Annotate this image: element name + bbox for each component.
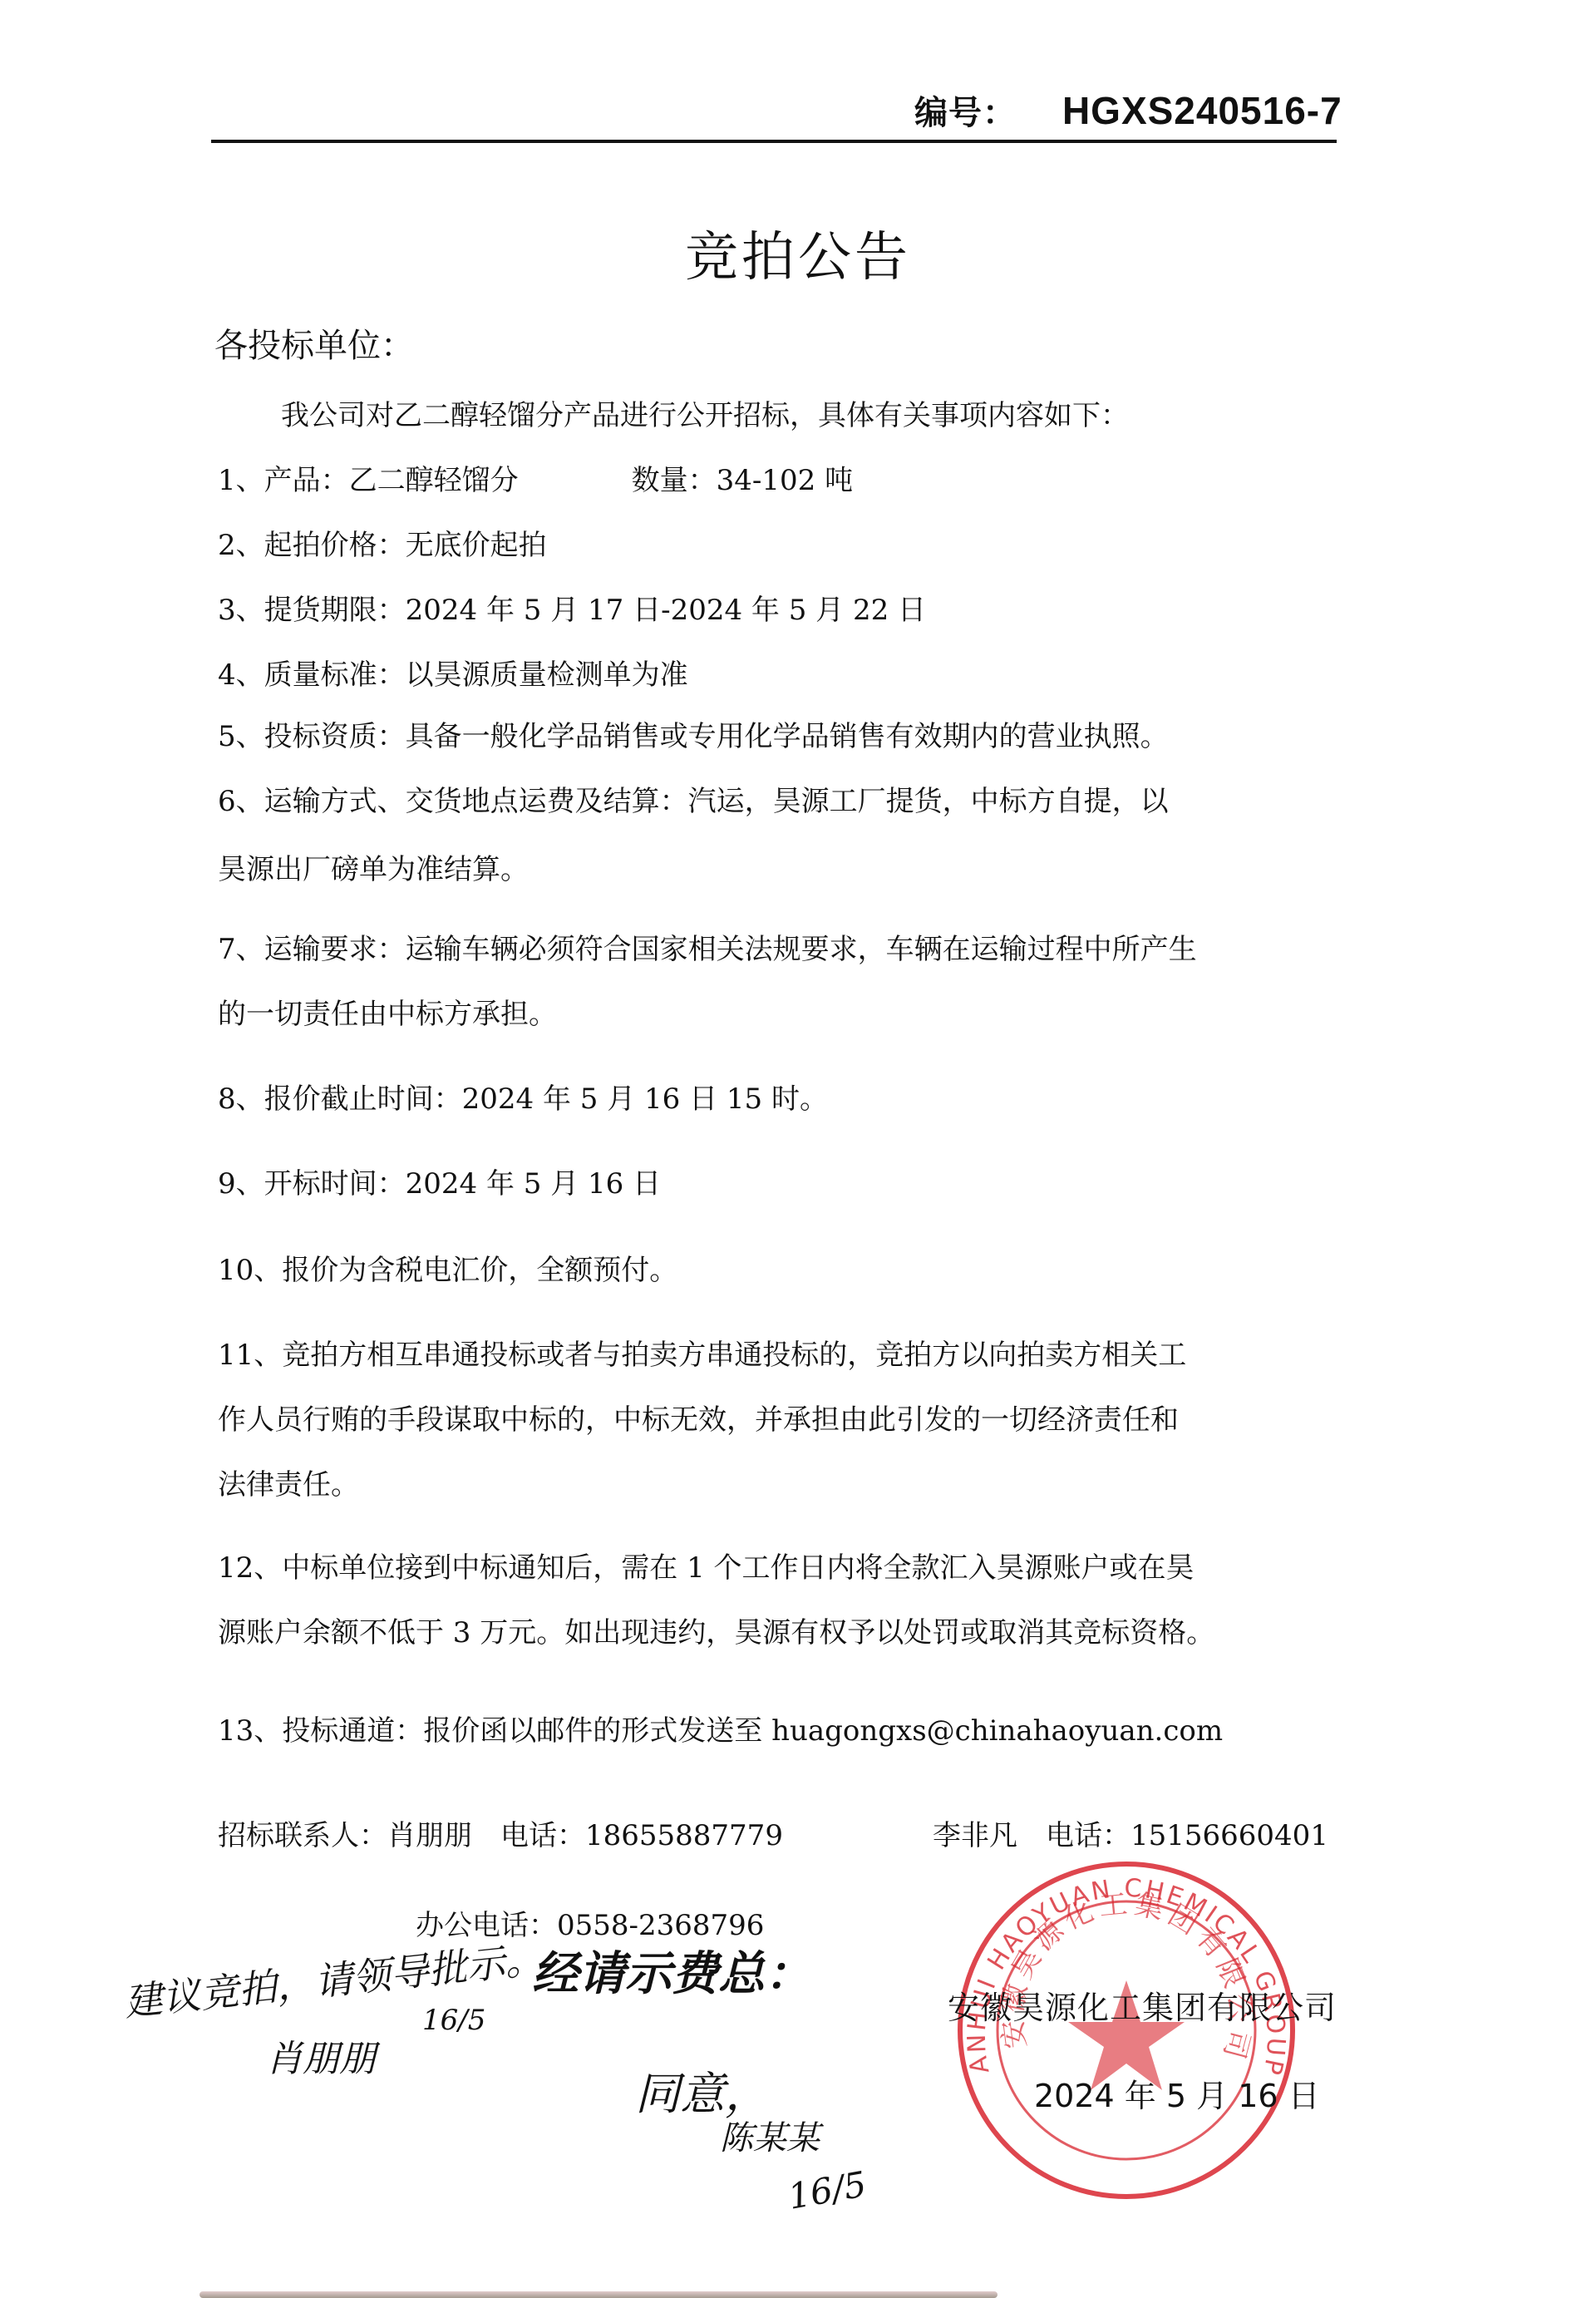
- document-number-value: HGXS240516-7: [1062, 89, 1342, 132]
- item-5: 5、投标资质：具备一般化学品销售或专用化学品销售有效期内的营业执照。: [218, 720, 1169, 753]
- item-11-line-2: 作人员行贿的手段谋取中标的，中标无效，并承担由此引发的一切经济责任和: [218, 1403, 1179, 1437]
- signature-date: 2024 年 5 月 16 日: [1034, 2070, 1320, 2116]
- contact-info: 招标联系人：肖朋朋 电话：18655887779 李非凡 电话：15156660…: [218, 1812, 1348, 1853]
- item-10: 10、报价为含税电汇价，全额预付。: [218, 1254, 677, 1287]
- item-11-line-3: 法律责任。: [218, 1468, 359, 1502]
- item-7-line-2: 的一切责任由中标方承担。: [218, 998, 557, 1031]
- company-name: 安徽昊源化工集团有限公司: [948, 1982, 1337, 2028]
- item-2: 2、起拍价格：无底价起拍: [218, 529, 547, 562]
- intro-paragraph: 我公司对乙二醇轻馏分产品进行公开招标，具体有关事项内容如下：: [281, 399, 1129, 432]
- item-6-line-2: 昊源出厂磅单为准结算。: [218, 853, 529, 886]
- handwritten-signer-2: 陈某某: [720, 2112, 820, 2159]
- contact-secondary: 李非凡 电话：15156660401: [933, 1812, 1328, 1853]
- item-1: 1、产品：乙二醇轻馏分 数量：34-102 吨: [218, 464, 853, 497]
- page-title: 竞拍公告: [0, 215, 1596, 291]
- item-12-line-2: 源账户余额不低于 3 万元。如出现违约，昊源有权予以处罚或取消其竞标资格。: [218, 1616, 1214, 1650]
- page-edge-shadow: [199, 2291, 997, 2298]
- item-8: 8、报价截止时间：2024 年 5 月 16 日 15 时。: [218, 1082, 828, 1116]
- item-6-line-1: 6、运输方式、交货地点运费及结算：汽运，昊源工厂提货，中标方自提，以: [218, 785, 1169, 818]
- handwritten-date-2: 16/5: [785, 2163, 869, 2217]
- item-4: 4、质量标准：以昊源质量检测单为准: [218, 658, 688, 692]
- handwritten-note-2: 经请示费总：: [532, 1937, 811, 2004]
- document-number-label: 编号：: [914, 94, 1017, 132]
- document-number: 编号： HGXS240516-7: [914, 86, 1342, 134]
- header-divider: [211, 140, 1337, 143]
- item-7-line-1: 7、运输要求：运输车辆必须符合国家相关法规要求，车辆在运输过程中所产生: [218, 933, 1197, 966]
- handwritten-date-1: 16/5: [422, 2004, 485, 2037]
- item-11-line-1: 11、竞拍方相互串通投标或者与拍卖方串通投标的，竞拍方以向拍卖方相关工: [218, 1339, 1186, 1372]
- item-13: 13、投标通道：报价函以邮件的形式发送至 huagongxs@chinahaoy…: [218, 1714, 1223, 1748]
- item-9: 9、开标时间：2024 年 5 月 16 日: [218, 1167, 661, 1201]
- company-seal-icon: ANHUI HAOYUAN CHEMICAL GROUP CO.,LTD 安徽昊…: [948, 1856, 1305, 2205]
- contact-primary: 招标联系人：肖朋朋 电话：18655887779: [218, 1819, 783, 1852]
- item-3: 3、提货期限：2024 年 5 月 17 日-2024 年 5 月 22 日: [218, 594, 926, 627]
- handwritten-signer-1: 肖朋朋: [266, 2029, 376, 2082]
- salutation: 各投标单位：: [214, 319, 414, 367]
- item-12-line-1: 12、中标单位接到中标通知后，需在 1 个工作日内将全款汇入昊源账户或在昊: [218, 1551, 1195, 1585]
